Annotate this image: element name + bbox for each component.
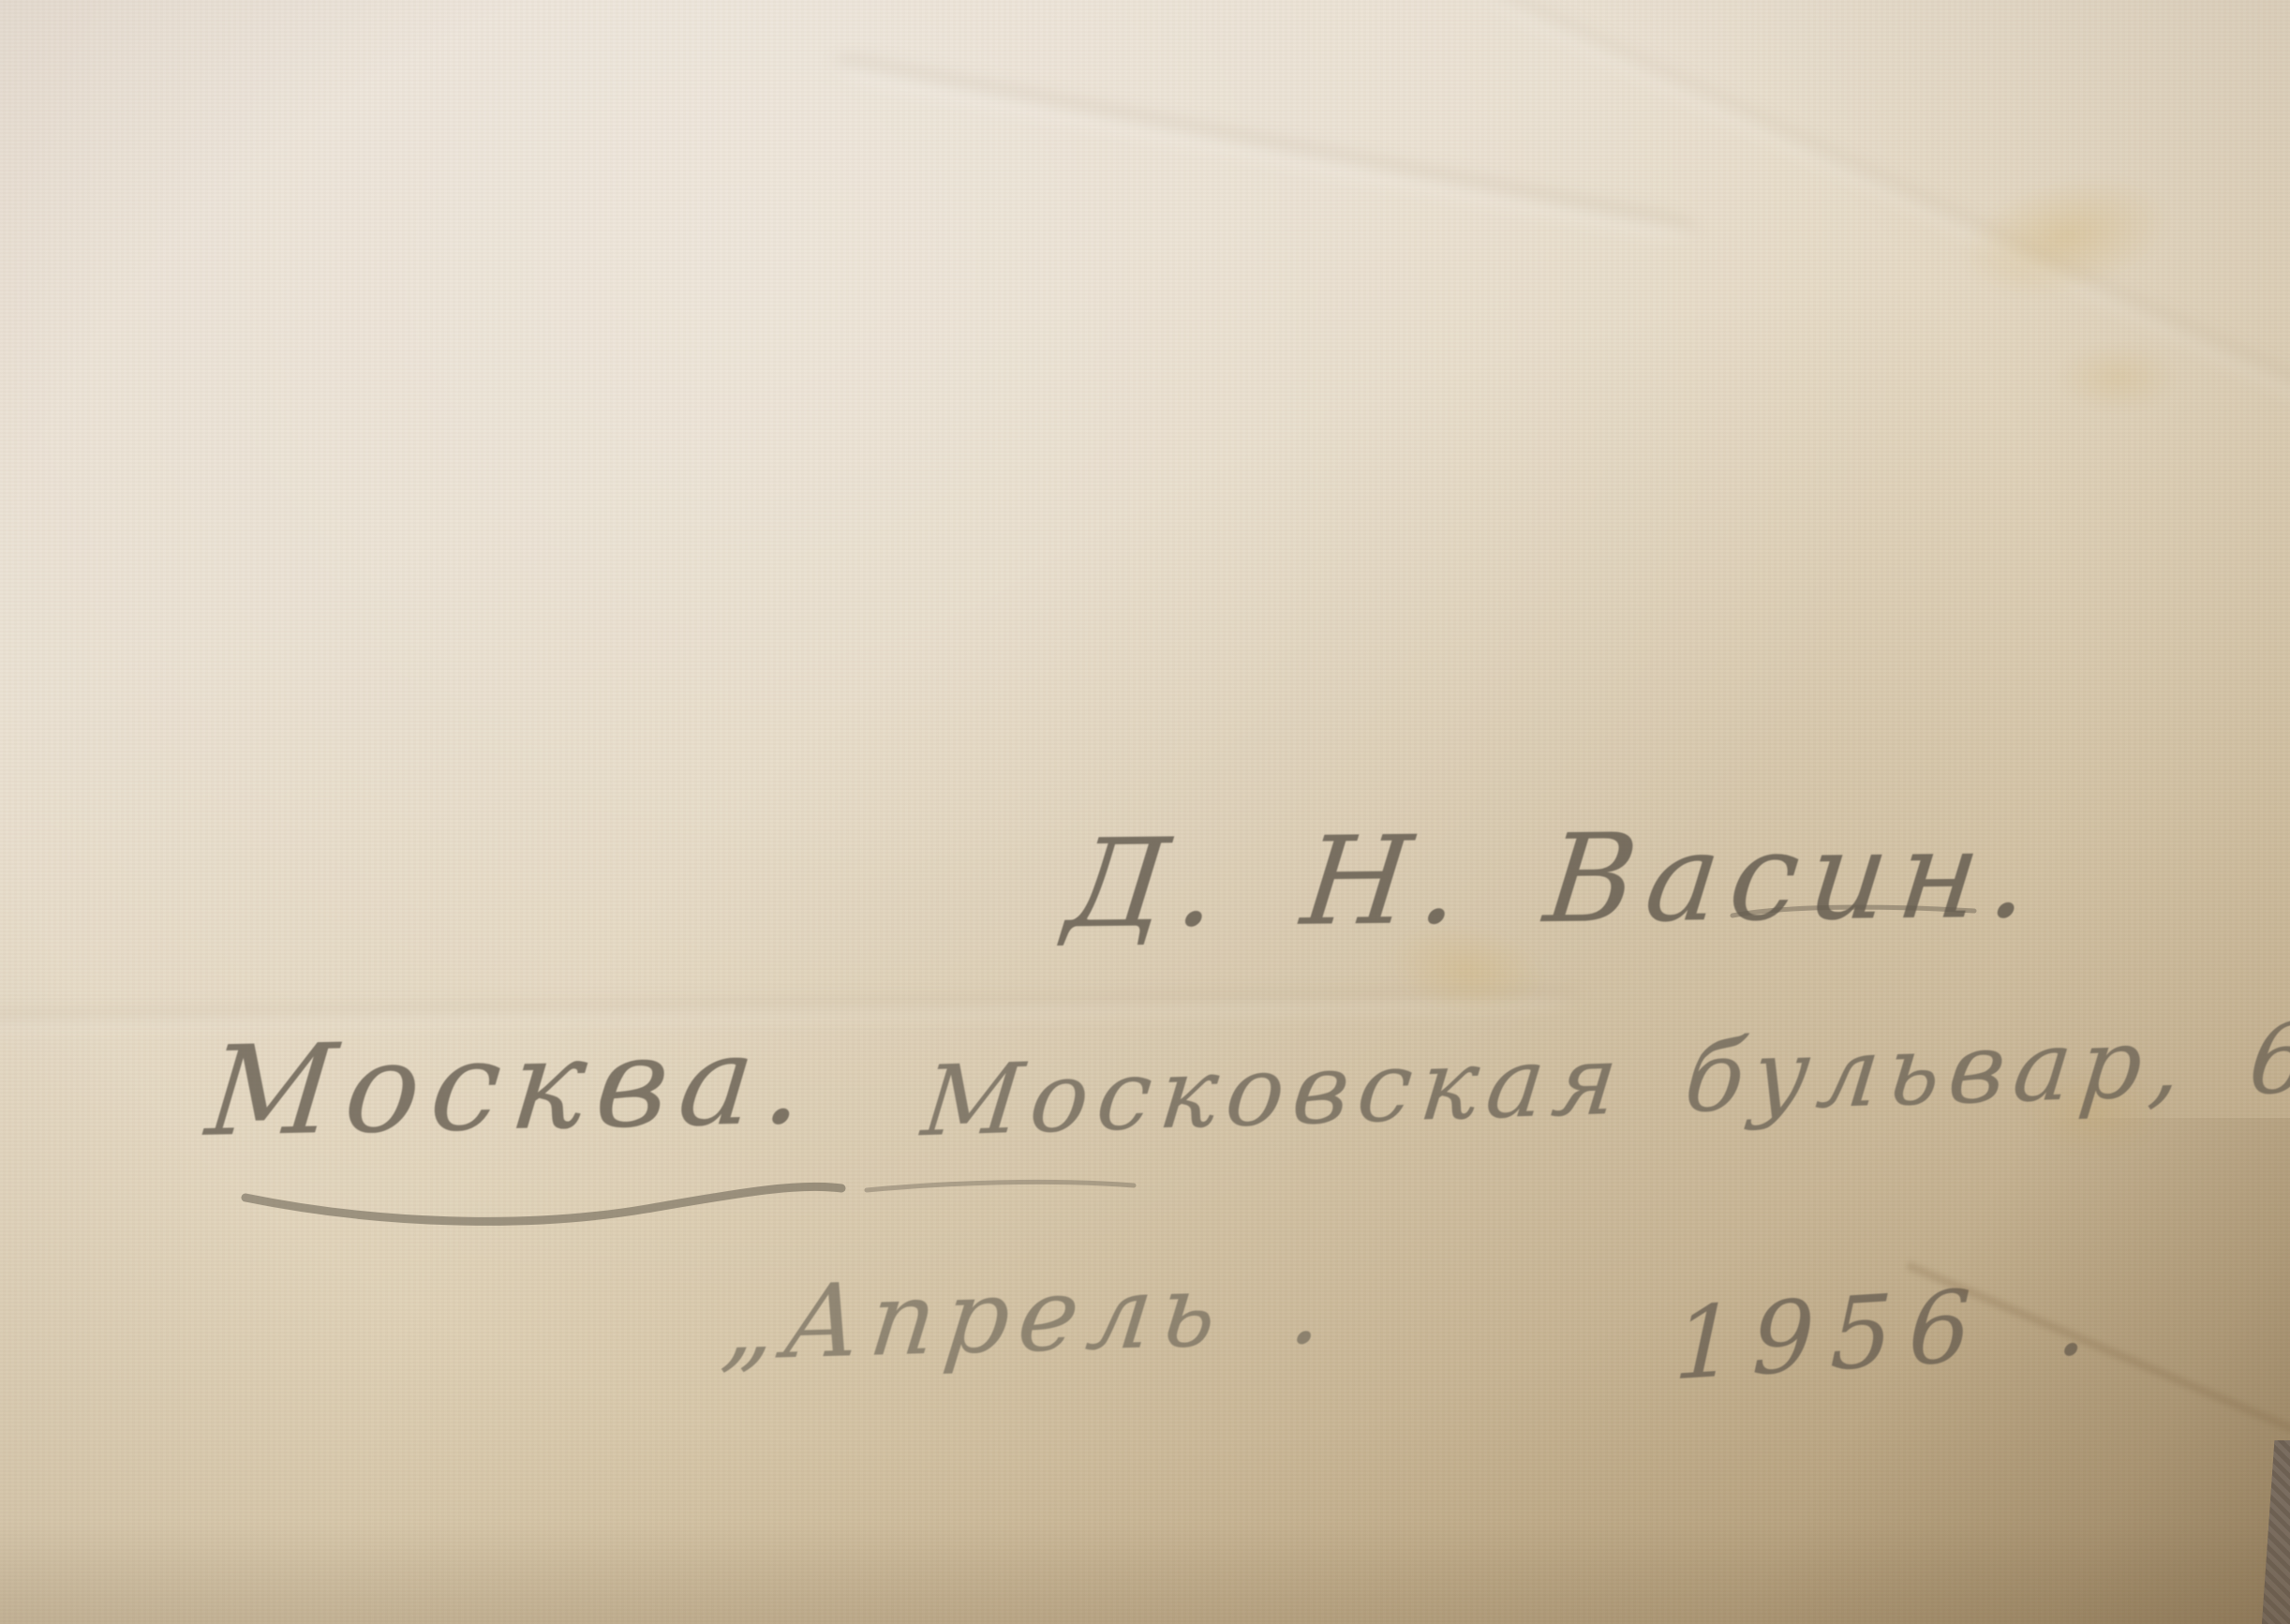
stain-right-upper [2057,342,2178,412]
city-word: Москва. [201,1007,823,1165]
paper-crease-right-diagonal [1458,0,2290,446]
paper-crease-top [825,20,1705,271]
city-underline-stroke [234,1162,1152,1237]
page-corner-fold-shadow [1578,1118,2290,1624]
signature-line: Д. Н. Васин. [1060,802,2047,955]
photographed-page: Д. Н. Васин. Москва. Московская бульвар,… [0,0,2290,1624]
month-word: „Апрель . [717,1249,1339,1384]
stain-top-right [1947,154,2184,320]
